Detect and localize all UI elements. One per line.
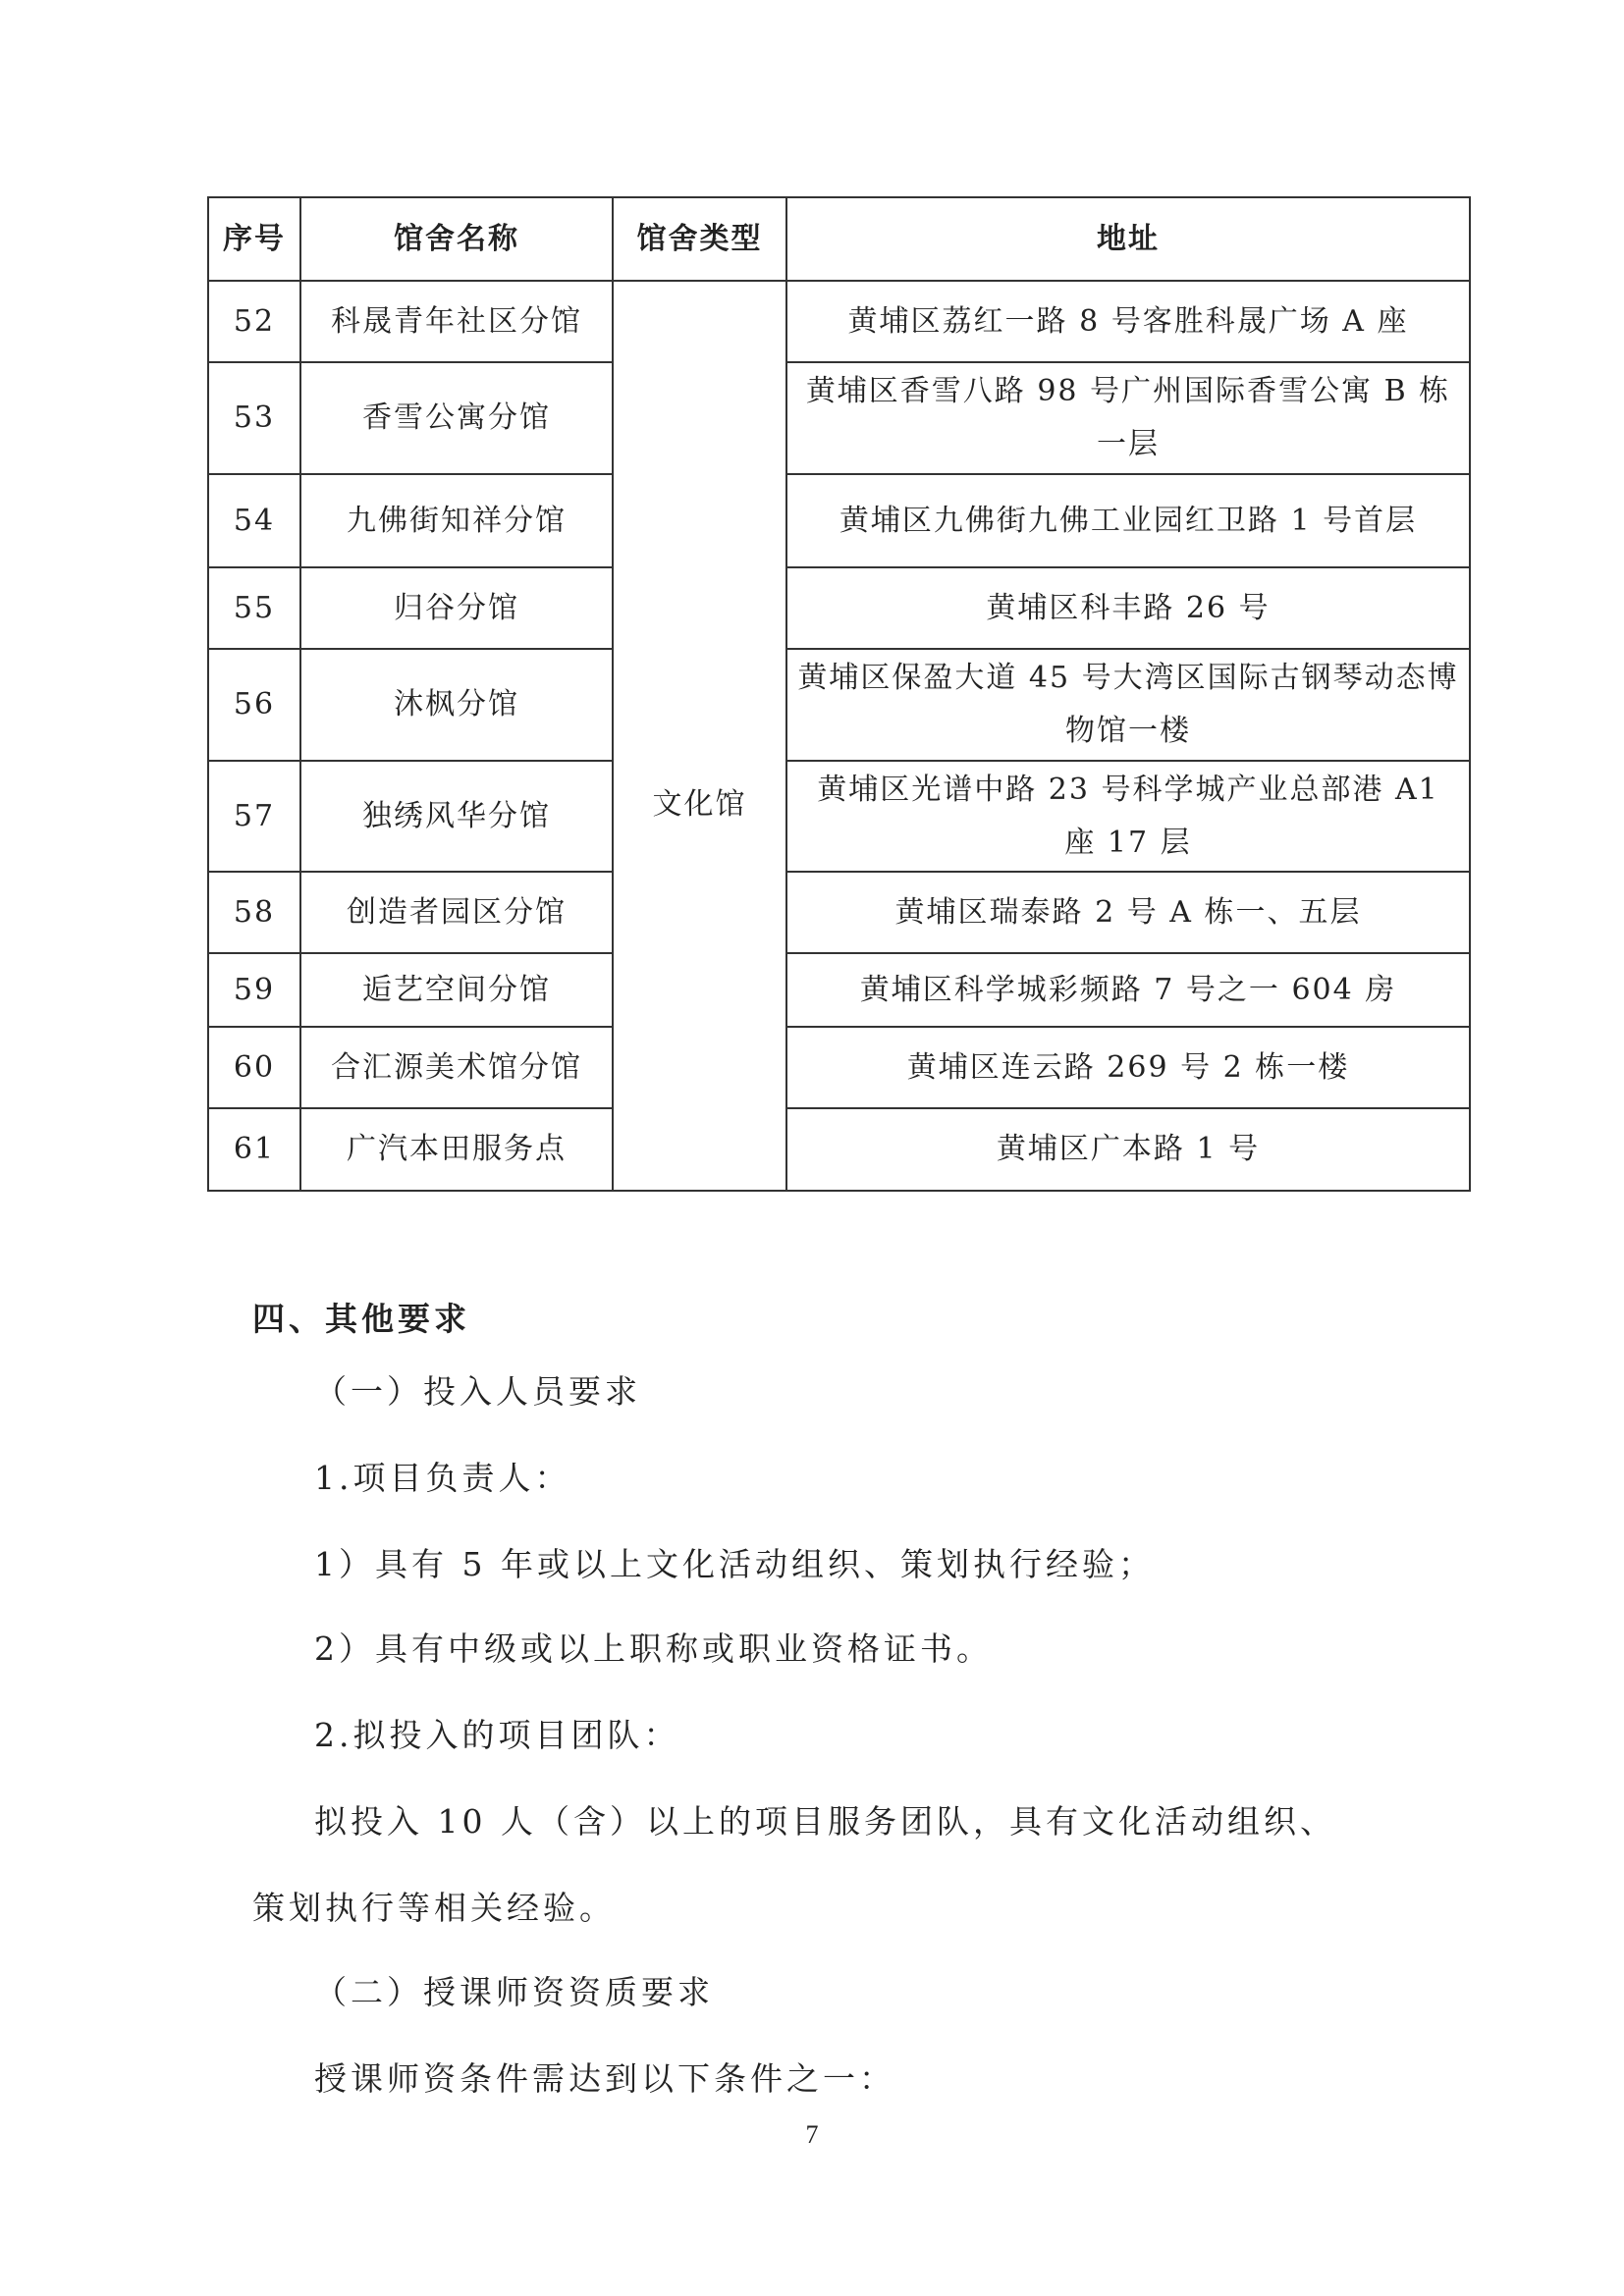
header-name: 馆舍名称: [300, 197, 613, 281]
row-no: 55: [208, 567, 300, 649]
table-row: 60 合汇源美术馆分馆 黄埔区连云路 269 号 2 栋一楼: [208, 1027, 1470, 1108]
row-name: 广汽本田服务点: [300, 1108, 613, 1191]
row-no: 53: [208, 362, 300, 474]
table-row: 58 创造者园区分馆 黄埔区瑞泰路 2 号 A 栋一、五层: [208, 872, 1470, 953]
row-address: 黄埔区科学城彩频路 7 号之一 604 房: [786, 953, 1470, 1027]
table-header-row: 序号 馆舍名称 馆舍类型 地址: [208, 197, 1470, 281]
item-1-1: 1）具有 5 年或以上文化活动组织、策划执行经验；: [314, 1539, 1155, 1585]
row-name: 创造者园区分馆: [300, 872, 613, 953]
table-row: 57 独绣风华分馆 黄埔区光谱中路 23 号科学城产业总部港 A1 座 17 层: [208, 761, 1470, 872]
row-name: 香雪公寓分馆: [300, 362, 613, 474]
row-address: 黄埔区瑞泰路 2 号 A 栋一、五层: [786, 872, 1470, 953]
table-row: 55 归谷分馆 黄埔区科丰路 26 号: [208, 567, 1470, 649]
row-address: 黄埔区连云路 269 号 2 栋一楼: [786, 1027, 1470, 1108]
row-address: 黄埔区香雪八路 98 号广州国际香雪公寓 B 栋一层: [786, 362, 1470, 474]
header-type: 馆舍类型: [613, 197, 786, 281]
section-heading: 四、其他要求: [252, 1294, 470, 1340]
row-no: 57: [208, 761, 300, 872]
row-name: 科晟青年社区分馆: [300, 281, 613, 362]
row-no: 54: [208, 474, 300, 567]
row-no: 58: [208, 872, 300, 953]
row-address: 黄埔区广本路 1 号: [786, 1108, 1470, 1191]
subsection-2-heading: （二）授课师资资质要求: [314, 1967, 714, 2013]
table-row: 56 沐枫分馆 黄埔区保盈大道 45 号大湾区国际古钢琴动态博物馆一楼: [208, 649, 1470, 761]
header-address: 地址: [786, 197, 1470, 281]
row-no: 52: [208, 281, 300, 362]
row-address: 黄埔区荔红一路 8 号客胜科晟广场 A 座: [786, 281, 1470, 362]
row-no: 59: [208, 953, 300, 1027]
table-row: 59 逅艺空间分馆 黄埔区科学城彩频路 7 号之一 604 房: [208, 953, 1470, 1027]
row-address: 黄埔区保盈大道 45 号大湾区国际古钢琴动态博物馆一楼: [786, 649, 1470, 761]
row-no: 61: [208, 1108, 300, 1191]
row-name: 九佛街知祥分馆: [300, 474, 613, 567]
row-no: 56: [208, 649, 300, 761]
item-2-text-line2: 策划执行等相关经验。: [252, 1883, 616, 1929]
table-row: 54 九佛街知祥分馆 黄埔区九佛街九佛工业园红卫路 1 号首层: [208, 474, 1470, 567]
item-1-2: 2）具有中级或以上职称或职业资格证书。: [314, 1624, 993, 1670]
row-address: 黄埔区科丰路 26 号: [786, 567, 1470, 649]
page-number: 7: [0, 2120, 1624, 2150]
table-row: 52 科晟青年社区分馆 文化馆 黄埔区荔红一路 8 号客胜科晟广场 A 座: [208, 281, 1470, 362]
table-row: 61 广汽本田服务点 黄埔区广本路 1 号: [208, 1108, 1470, 1191]
row-type-merged: 文化馆: [613, 281, 786, 1191]
row-address: 黄埔区九佛街九佛工业园红卫路 1 号首层: [786, 474, 1470, 567]
row-no: 60: [208, 1027, 300, 1108]
venues-table: 序号 馆舍名称 馆舍类型 地址 52 科晟青年社区分馆 文化馆 黄埔区荔红一路 …: [207, 196, 1471, 1192]
row-name: 合汇源美术馆分馆: [300, 1027, 613, 1108]
item-2: 2.拟投入的项目团队：: [314, 1710, 680, 1756]
header-no: 序号: [208, 197, 300, 281]
item-2-text-line1: 拟投入 10 人（含）以上的项目服务团队，具有文化活动组织、: [314, 1796, 1336, 1842]
subsection-1-heading: （一）投入人员要求: [314, 1366, 641, 1413]
row-address: 黄埔区光谱中路 23 号科学城产业总部港 A1 座 17 层: [786, 761, 1470, 872]
table-row: 53 香雪公寓分馆 黄埔区香雪八路 98 号广州国际香雪公寓 B 栋一层: [208, 362, 1470, 474]
item-1: 1.项目负责人：: [314, 1453, 571, 1499]
subsection-2-text: 授课师资条件需达到以下条件之一：: [314, 2054, 895, 2100]
row-name: 沐枫分馆: [300, 649, 613, 761]
row-name: 归谷分馆: [300, 567, 613, 649]
row-name: 逅艺空间分馆: [300, 953, 613, 1027]
row-name: 独绣风华分馆: [300, 761, 613, 872]
